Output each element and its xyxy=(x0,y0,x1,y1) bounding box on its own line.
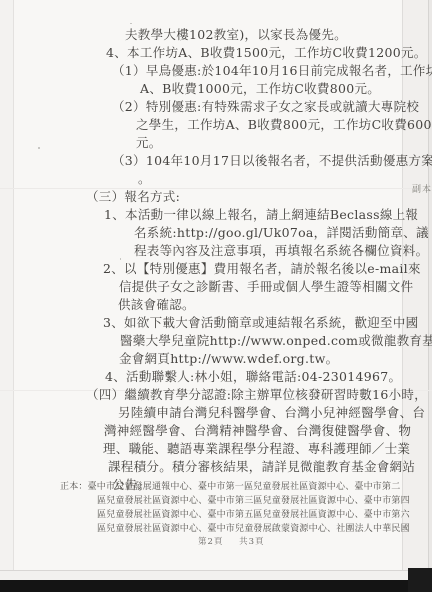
doc-line: 之學生，工作坊A、B收費800元，工作坊C收費600 xyxy=(136,116,432,134)
doc-line: 醫藥大學兒童院http://www.onped.com或微龍教育基 xyxy=(120,332,432,350)
scanner-bed-corner xyxy=(408,568,432,592)
distribution-line: 區兒童發展社區資源中心、臺中市第三區兒童發展社區資源中心、臺中市第四 xyxy=(97,494,432,508)
doc-line: 灣神經醫學會、台灣精神醫學會、台灣復健醫學會、物 xyxy=(104,422,432,440)
doc-line: 課程積分。積分審核結果，請詳見微龍教育基金會網站 xyxy=(108,458,432,476)
page-footer: 第2頁 共3頁 xyxy=(198,535,265,547)
distribution-list: 正本：臺中市兒童發展通報中心、臺中市第一區兒童發展社區資源中心、臺中市第二 區兒… xyxy=(0,480,432,536)
doc-line: 另陸續申請台灣兒科醫學會、台灣小兒神經醫學會、台 xyxy=(118,404,432,422)
doc-line: 理、職能、聽語專業課程學分程證、專科護理師／士業 xyxy=(103,440,432,458)
doc-line: A、B收費1000元，工作坊C收費800元。 xyxy=(140,80,432,98)
scan-speck xyxy=(130,23,132,24)
doc-line: 夫教學大樓102教室)，以家長為優先。 xyxy=(125,26,432,44)
doc-line: 元。 xyxy=(136,134,432,152)
distribution-line: 正本：臺中市兒童發展通報中心、臺中市第一區兒童發展社區資源中心、臺中市第二 xyxy=(60,480,432,494)
scanner-bed-strip xyxy=(0,580,432,592)
paper-bottom-margin xyxy=(0,571,432,580)
doc-line: 3、如欲下載大會活動簡章或連結報名系統，歡迎至中國 xyxy=(103,314,432,332)
doc-line: 1、本活動一律以線上報名，請上網連結Beclass線上報 xyxy=(104,206,432,224)
doc-line: 名系統:http://goo.gl/Uk07oa，詳閱活動簡章、議 xyxy=(134,224,432,242)
doc-section-heading: （四）繼續教育學分認證:除主辦單位核發研習時數16小時， xyxy=(86,386,432,404)
page-total: 共3頁 xyxy=(239,537,264,547)
distribution-line: 區兒童發展社區資源中心、臺中市兒童發展啟蒙資源中心、社團法人中華民國 xyxy=(97,522,432,536)
doc-line: 信提供子女之診斷書、手冊或個人學生證等相關文件 xyxy=(119,278,432,296)
distribution-line: 區兒童發展社區資源中心、臺中市第五區兒童發展社區資源中心、臺中市第六 xyxy=(97,508,432,522)
doc-line: （3）104年10月17日以後報名者，不提供活動優惠方案 xyxy=(112,152,432,170)
doc-line: （2）特別優惠:有特殊需求子女之家長或就讀大專院校 xyxy=(112,98,432,116)
doc-line: 程表等內容及注意事項，再填報名系統各欄位資料。 xyxy=(134,242,432,260)
doc-line: （1）早鳥優惠:於104年10月16日前完成報名者，工作坊 xyxy=(112,62,432,80)
document-body: 夫教學大樓102教室)，以家長為優先。 4、本工作坊A、B收費1500元，工作坊… xyxy=(0,26,432,494)
doc-line: 2、以【特別優惠】費用報名者，請於報名後以e-mail來 xyxy=(103,260,432,278)
scanned-document-page: 副本 夫教學大樓102教室)，以家長為優先。 4、本工作坊A、B收費1500元，… xyxy=(0,0,432,592)
doc-section-heading: （三）報名方式: xyxy=(86,188,432,206)
doc-line: 。 xyxy=(138,170,432,188)
page-number: 第2頁 xyxy=(198,537,223,547)
doc-line: 4、本工作坊A、B收費1500元，工作坊C收費1200元。 xyxy=(106,44,432,62)
doc-line: 供該會確認。 xyxy=(118,296,432,314)
doc-line: 金會網頁http://www.wdef.org.tw。 xyxy=(119,350,432,368)
doc-line: 4、活動聯繫人:林小姐，聯絡電話:04-23014967。 xyxy=(105,368,432,386)
